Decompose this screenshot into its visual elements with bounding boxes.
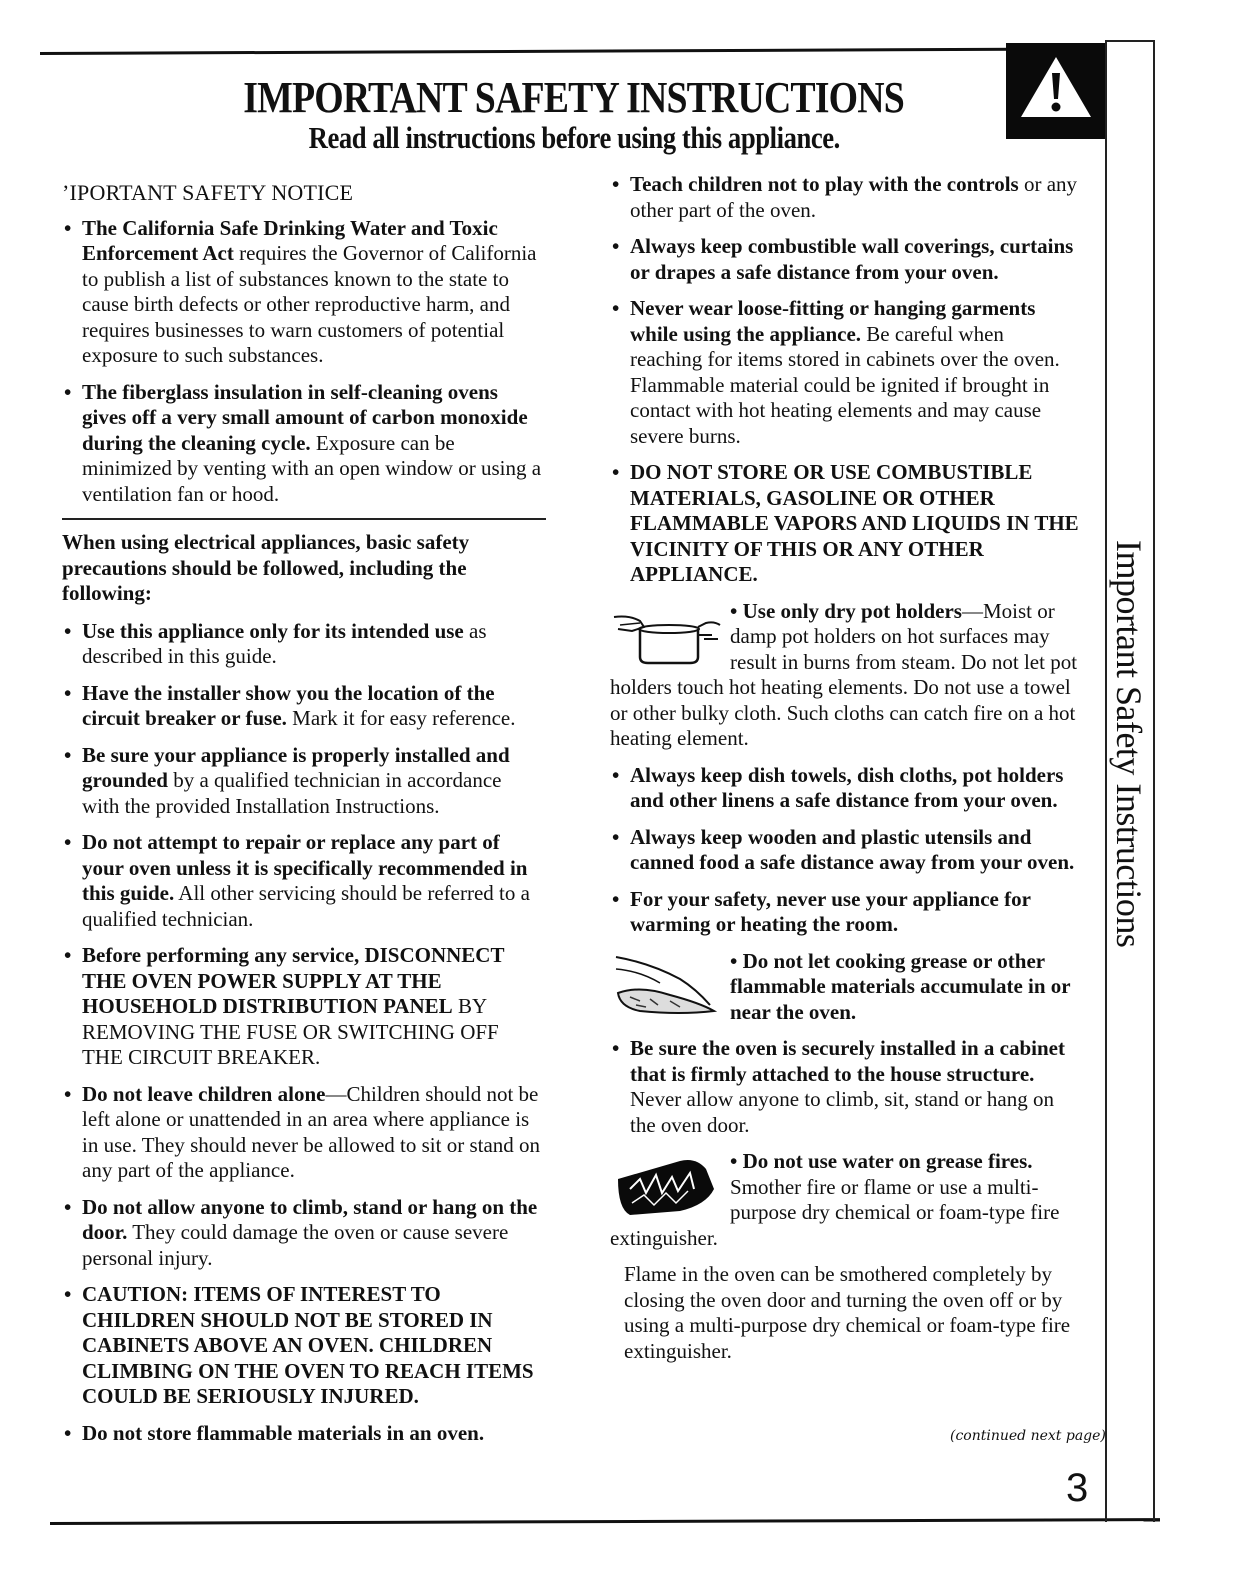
- side-tab: Important Safety Instructions: [1110, 540, 1150, 1020]
- left-column: ’IPORTANT SAFETY NOTICE • The California…: [62, 180, 542, 1457]
- item-bold: Be sure the oven is securely installed i…: [630, 1036, 1065, 1086]
- list-item: • Teach children not to play with the co…: [610, 172, 1080, 223]
- grease-item: • Do not let cooking grease or other fla…: [610, 949, 1080, 1026]
- list-item: • Before performing any service, DISCONN…: [62, 943, 542, 1071]
- item-bold: Always keep wooden and plastic utensils …: [630, 825, 1074, 875]
- side-tab-border-left: [1105, 40, 1107, 1522]
- list-item: • The fiberglass insulation in self-clea…: [62, 380, 542, 508]
- side-tab-label: Important Safety Instructions: [1108, 540, 1150, 947]
- item-bold: Always keep dish towels, dish cloths, po…: [630, 763, 1063, 813]
- list-item: • The California Safe Drinking Water and…: [62, 216, 542, 369]
- list-item: • Do not allow anyone to climb, stand or…: [62, 1195, 542, 1272]
- page-title: IMPORTANT SAFETY INSTRUCTIONS: [79, 72, 1068, 123]
- item-text: They could damage the oven or cause seve…: [82, 1220, 508, 1270]
- pot-with-holders-icon: [610, 599, 722, 667]
- bullet: •: [612, 234, 619, 260]
- notice-heading: ’IPORTANT SAFETY NOTICE: [62, 180, 542, 206]
- hand-wiping-grease-icon: [610, 949, 722, 1017]
- section-divider: [62, 518, 546, 520]
- bullet: •: [64, 830, 71, 856]
- item-bold: Do not let cooking grease or other flamm…: [730, 949, 1070, 1024]
- item-bold: CAUTION: ITEMS OF INTEREST TO CHILDREN S…: [82, 1282, 534, 1408]
- item-bold: Before performing any service, DISCONNEC…: [82, 943, 504, 1018]
- bullet: •: [612, 763, 619, 789]
- list-item: • Always keep combustible wall coverings…: [610, 234, 1080, 285]
- list-item: • Use this appliance only for its intend…: [62, 619, 542, 670]
- bullet: •: [64, 1282, 71, 1308]
- bullet: •: [612, 296, 619, 322]
- item-bold: The fiberglass insulation in self-cleani…: [82, 380, 528, 455]
- list-item: • DO NOT STORE OR USE COMBUSTIBLE MATERI…: [610, 460, 1080, 588]
- bullet: •: [612, 1036, 619, 1062]
- side-tab-border-right: [1153, 40, 1155, 1522]
- right-column: • Teach children not to play with the co…: [610, 172, 1080, 1370]
- bullet: •: [64, 216, 71, 242]
- bullet: •: [612, 460, 619, 486]
- bullet: •: [612, 172, 619, 198]
- continued-note: (continued next page): [950, 1428, 1106, 1444]
- closing-paragraph: Flame in the oven can be smothered compl…: [610, 1262, 1080, 1364]
- bullet: •: [64, 1421, 71, 1447]
- item-bold: Do not leave children alone: [82, 1082, 325, 1106]
- bullet: •: [64, 943, 71, 969]
- bullet: •: [64, 1195, 71, 1221]
- page-number: 3: [1066, 1466, 1088, 1511]
- bottom-rule: [50, 1518, 1160, 1525]
- bullet: •: [612, 887, 619, 913]
- list-item: • Do not store flammable materials in an…: [62, 1421, 542, 1447]
- list-item: • For your safety, never use your applia…: [610, 887, 1080, 938]
- bullet: •: [612, 825, 619, 851]
- item-text: Never allow anyone to climb, sit, stand …: [630, 1087, 1054, 1137]
- side-tab-border-top: [1105, 40, 1155, 42]
- grease-fire-pan-icon: [610, 1149, 722, 1217]
- section-lead: When using electrical appliances, basic …: [62, 530, 542, 607]
- item-bold: Do not use water on grease fires.: [743, 1149, 1033, 1173]
- list-item: • Have the installer show you the locati…: [62, 681, 542, 732]
- item-bold: Always keep combustible wall coverings, …: [630, 234, 1073, 284]
- bullet: •: [64, 380, 71, 406]
- list-item: • Always keep wooden and plastic utensil…: [610, 825, 1080, 876]
- list-item: • Be sure your appliance is properly ins…: [62, 743, 542, 820]
- grease-fire-item: • Do not use water on grease fires. Smot…: [610, 1149, 1080, 1251]
- item-bold: Use only dry pot holders: [743, 599, 962, 623]
- bullet: •: [730, 1149, 743, 1173]
- list-item: • Do not attempt to repair or replace an…: [62, 830, 542, 932]
- list-item: • Always keep dish towels, dish cloths, …: [610, 763, 1080, 814]
- bullet: •: [64, 743, 71, 769]
- bullet: •: [730, 599, 743, 623]
- pot-holders-item: • Use only dry pot holders—Moist or damp…: [610, 599, 1080, 752]
- list-item: • Be sure the oven is securely installed…: [610, 1036, 1080, 1138]
- item-bold: Do not store flammable materials in an o…: [82, 1421, 484, 1445]
- item-text: Mark it for easy reference.: [287, 706, 516, 730]
- bullet: •: [64, 1082, 71, 1108]
- item-bold: Use this appliance only for its intended…: [82, 619, 464, 643]
- item-bold: For your safety, never use your applianc…: [630, 887, 1031, 937]
- bullet: •: [64, 681, 71, 707]
- bullet: •: [730, 949, 743, 973]
- list-item: • Do not leave children alone—Children s…: [62, 1082, 542, 1184]
- bullet: •: [64, 619, 71, 645]
- top-rule: [40, 47, 1098, 55]
- item-bold: Teach children not to play with the cont…: [630, 172, 1019, 196]
- item-bold: DO NOT STORE OR USE COMBUSTIBLE MATERIAL…: [630, 460, 1079, 586]
- list-item: • Never wear loose-fitting or hanging ga…: [610, 296, 1080, 449]
- page-subtitle: Read all instructions before using this …: [80, 120, 1069, 156]
- list-item: • CAUTION: ITEMS OF INTEREST TO CHILDREN…: [62, 1282, 542, 1410]
